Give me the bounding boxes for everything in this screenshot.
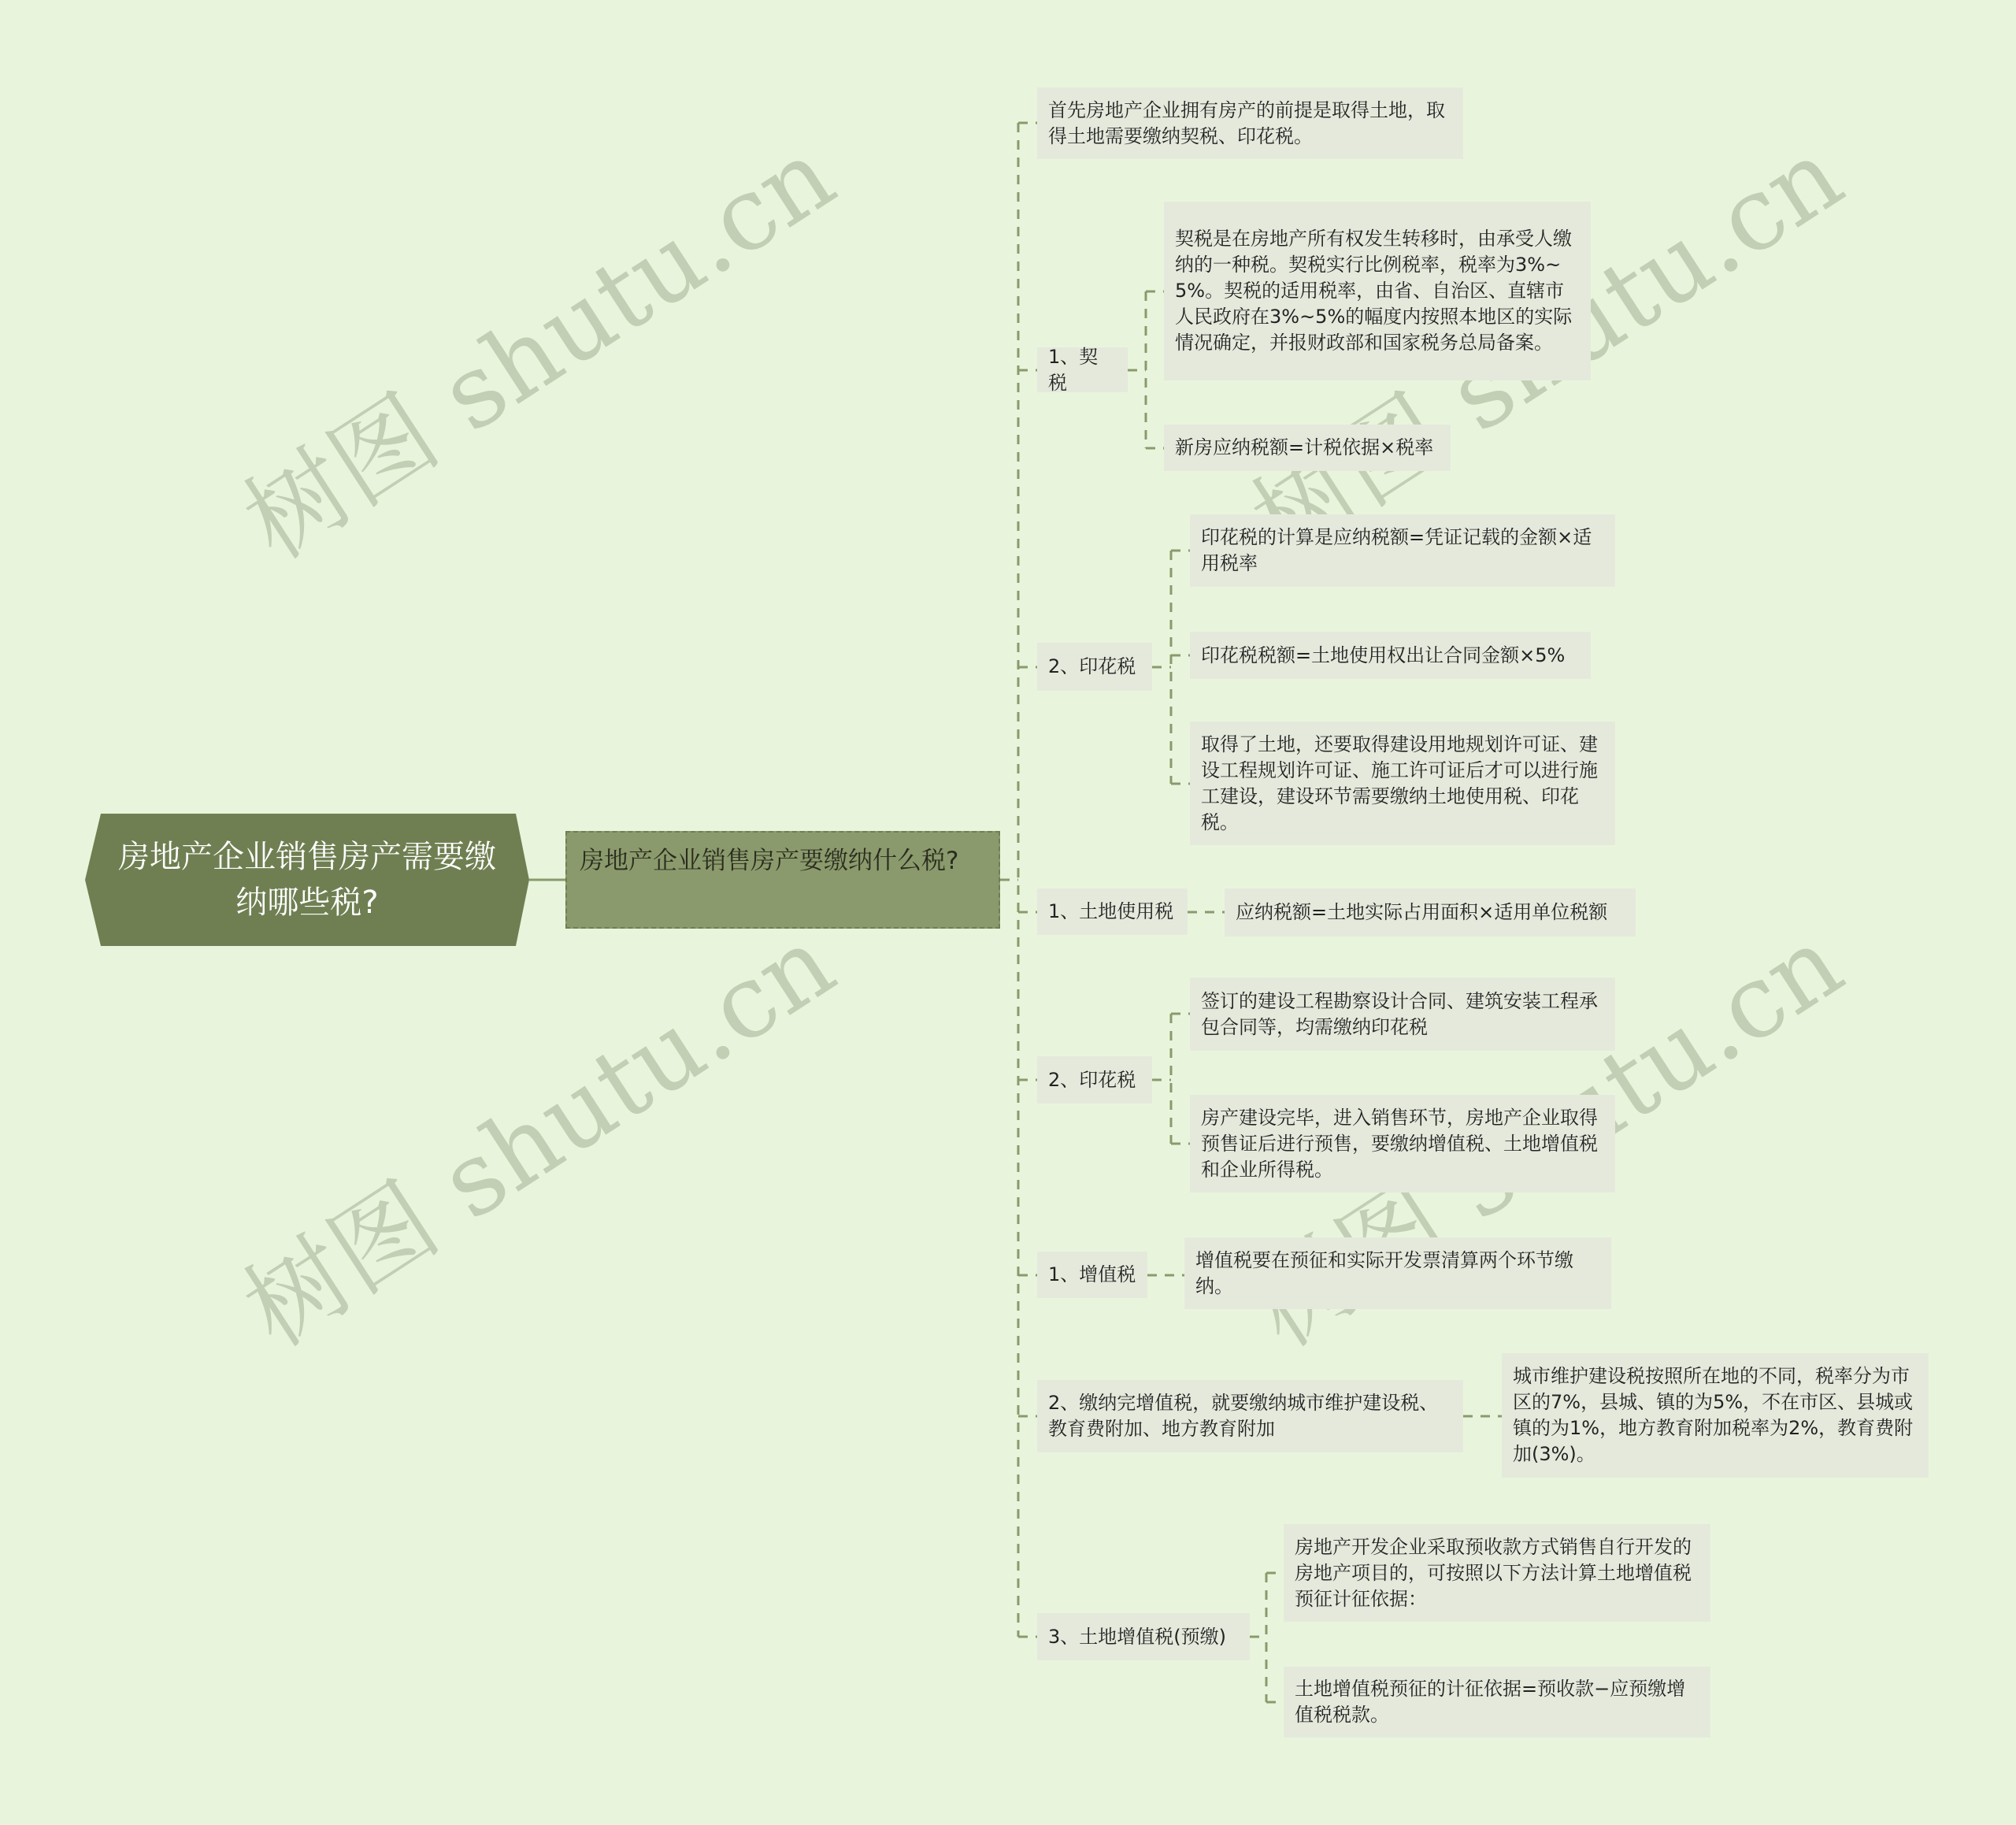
leaf-label: 土地增值税预征的计征依据=预收款−应预缴增值税税款。	[1295, 1676, 1699, 1728]
leaf-stamp-tax-calc[interactable]: 印花税的计算是应纳税额=凭证记载的金额×适用税率	[1190, 514, 1615, 587]
branch-label: 1、土地使用税	[1048, 899, 1173, 925]
leaf-construction-permits[interactable]: 取得了土地，还要取得建设用地规划许可证、建设工程规划许可证、施工许可证后才可以进…	[1190, 721, 1615, 845]
branch-deed-tax[interactable]: 1、契税	[1037, 347, 1128, 392]
leaf-label: 房产建设完毕，进入销售环节，房地产企业取得预售证后进行预售，要缴纳增值税、土地增…	[1201, 1105, 1604, 1183]
branch-stamp-tax-2[interactable]: 2、印花税	[1037, 1056, 1152, 1104]
branch-label: 2、印花税	[1048, 1067, 1136, 1093]
leaf-label: 印花税税额=土地使用权出让合同金额×5%	[1201, 643, 1565, 669]
branch-label: 2、印花税	[1048, 654, 1136, 680]
branch-label: 2、缴纳完增值税，就要缴纳城市维护建设税、教育费附加、地方教育附加	[1048, 1390, 1452, 1442]
root-topic-label: 房地产企业销售房产需要缴纳哪些税?	[117, 834, 498, 925]
leaf-sales-stage[interactable]: 房产建设完毕，进入销售环节，房地产企业取得预售证后进行预售，要缴纳增值税、土地增…	[1190, 1095, 1615, 1193]
leaf-label: 印花税的计算是应纳税额=凭证记载的金额×适用税率	[1201, 525, 1604, 577]
leaf-vat-stages[interactable]: 增值税要在预征和实际开发票清算两个环节缴纳。	[1184, 1237, 1611, 1309]
leaf-presale-formula[interactable]: 土地增值税预征的计征依据=预收款−应预缴增值税税款。	[1284, 1667, 1710, 1738]
main-subtopic-label: 房地产企业销售房产要缴纳什么税?	[580, 847, 958, 875]
leaf-label: 房地产开发企业采取预收款方式销售自行开发的房地产项目的，可按照以下方法计算土地增…	[1295, 1534, 1699, 1612]
leaf-stamp-tax-amount[interactable]: 印花税税额=土地使用权出让合同金额×5%	[1190, 632, 1591, 679]
main-subtopic[interactable]: 房地产企业销售房产要缴纳什么税?	[565, 831, 1000, 929]
leaf-label: 新房应纳税额=计税依据×税率	[1175, 435, 1433, 461]
branch-label: 1、契税	[1048, 344, 1117, 396]
leaf-construction-contracts[interactable]: 签订的建设工程勘察设计合同、建筑安装工程承包合同等，均需缴纳印花税	[1190, 977, 1615, 1051]
leaf-label: 增值税要在预征和实际开发票清算两个环节缴纳。	[1195, 1248, 1600, 1300]
branch-label: 1、增值税	[1048, 1262, 1136, 1288]
branch-intro[interactable]: 首先房地产企业拥有房产的前提是取得土地，取得土地需要缴纳契税、印花税。	[1037, 87, 1463, 159]
branch-label: 3、土地增值税(预缴)	[1048, 1624, 1226, 1650]
leaf-label: 城市维护建设税按照所在地的不同，税率分为市区的7%，县城、镇的为5%，不在市区、…	[1513, 1363, 1918, 1467]
leaf-urban-construction-rates[interactable]: 城市维护建设税按照所在地的不同，税率分为市区的7%，县城、镇的为5%，不在市区、…	[1502, 1353, 1929, 1478]
branch-land-appreciation-tax[interactable]: 3、土地增值税(预缴)	[1037, 1613, 1250, 1660]
leaf-label: 签订的建设工程勘察设计合同、建筑安装工程承包合同等，均需缴纳印花税	[1201, 989, 1604, 1040]
leaf-deed-tax-definition[interactable]: 契税是在房地产所有权发生转移时，由承受人缴纳的一种税。契税实行比例税率，税率为3…	[1164, 202, 1591, 380]
branch-label: 首先房地产企业拥有房产的前提是取得土地，取得土地需要缴纳契税、印花税。	[1048, 98, 1452, 150]
leaf-label: 取得了土地，还要取得建设用地规划许可证、建设工程规划许可证、施工许可证后才可以进…	[1201, 732, 1604, 836]
branch-stamp-tax-1[interactable]: 2、印花税	[1037, 643, 1152, 691]
leaf-land-use-tax-formula[interactable]: 应纳税额=土地实际占用面积×适用单位税额	[1225, 888, 1636, 937]
branch-land-use-tax[interactable]: 1、土地使用税	[1037, 888, 1188, 935]
branch-urban-construction-tax[interactable]: 2、缴纳完增值税，就要缴纳城市维护建设税、教育费附加、地方教育附加	[1037, 1380, 1463, 1452]
leaf-label: 契税是在房地产所有权发生转移时，由承受人缴纳的一种税。契税实行比例税率，税率为3…	[1175, 226, 1580, 356]
root-topic[interactable]: 房地产企业销售房产需要缴纳哪些税?	[85, 814, 529, 946]
leaf-presale-method[interactable]: 房地产开发企业采取预收款方式销售自行开发的房地产项目的，可按照以下方法计算土地增…	[1284, 1524, 1710, 1622]
branch-vat[interactable]: 1、增值税	[1037, 1252, 1147, 1298]
leaf-label: 应纳税额=土地实际占用面积×适用单位税额	[1236, 900, 1607, 925]
leaf-deed-tax-formula[interactable]: 新房应纳税额=计税依据×税率	[1164, 425, 1451, 471]
